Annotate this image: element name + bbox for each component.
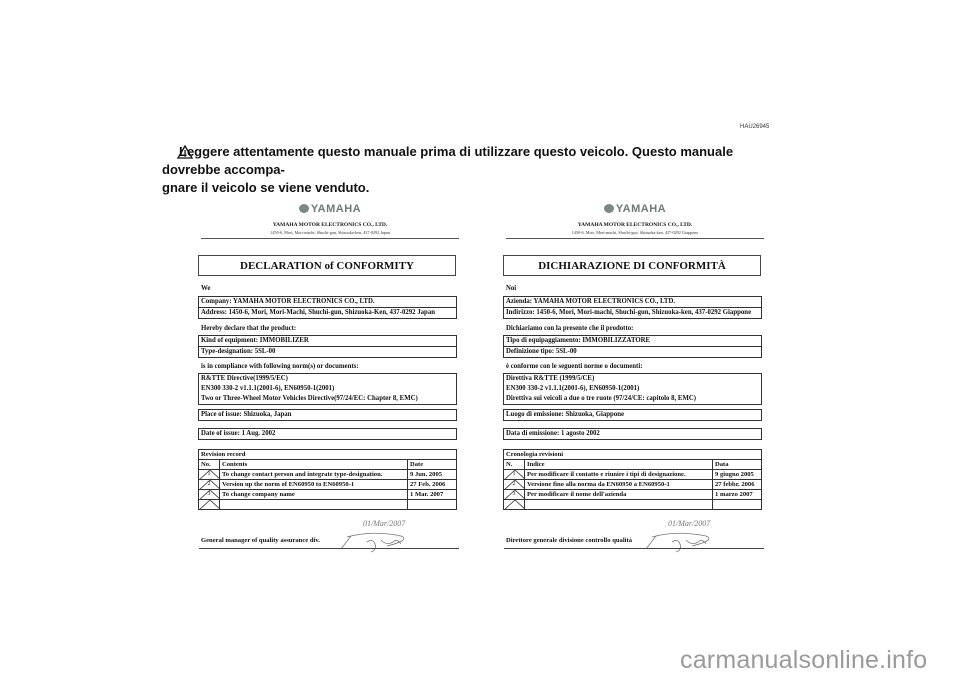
revision-triangle-icon <box>504 500 526 510</box>
place-box: Luogo di emissione: Shizuoka, Giappone <box>503 409 762 421</box>
compliance-label: è conforme con le seguenti norme o docum… <box>506 363 642 370</box>
warning-text-line1: Leggere attentamente questo manuale prim… <box>162 144 733 177</box>
revision-contents: Per modificare il contatto e riunire i t… <box>525 470 713 480</box>
watermark-link[interactable]: carmanualsonline.info <box>680 646 927 675</box>
signatory-title: General manager of quality assurance div… <box>201 537 320 544</box>
equipment-row: Tipo di equipaggiamento: IMMOBILIZZATORE <box>504 336 761 346</box>
table-row: 2 Version up the norm of EN60950 to EN60… <box>199 480 457 490</box>
revision-triangle-icon <box>199 500 221 510</box>
signature-line <box>504 548 764 549</box>
declaration-italian: YAMAHA YAMAHA MOTOR ELECTRONICS CO., LTD… <box>490 200 780 560</box>
header-contents: Indice <box>525 460 713 470</box>
address-row: Address: 1450-6, Mori, Mori-Machi, Shuch… <box>199 307 456 318</box>
revision-date: 9 Jun. 2005 <box>408 470 457 480</box>
document-title: DICHIARAZIONE DI CONFORMITÀ <box>503 255 761 276</box>
yamaha-logo: YAMAHA <box>490 203 780 215</box>
product-box: Kind of equipment: IMMOBILIZER Type-desi… <box>198 335 457 358</box>
revision-date: 9 giugno 2005 <box>713 470 762 480</box>
address-row: Indirizzo: 1450-6, Mori, Mori-machi, Shu… <box>504 307 761 318</box>
revision-date <box>408 500 457 510</box>
date-box: Date of issue: 1 Aug. 2002 <box>198 428 457 440</box>
date-row: Date of issue: 1 Aug. 2002 <box>199 429 456 439</box>
revision-contents: Per modificare il nome dell'azienda <box>525 490 713 500</box>
yamaha-logo: YAMAHA <box>185 203 475 215</box>
svg-text:01/Mar/2007: 01/Mar/2007 <box>668 519 711 528</box>
company-box: Azienda: YAMAHA MOTOR ELECTRONICS CO., L… <box>503 296 762 319</box>
equipment-row: Kind of equipment: IMMOBILIZER <box>199 336 456 346</box>
letterhead-address: 1450-6, Mori, Mori-machi, Shuchi-gun, Sh… <box>490 230 780 235</box>
letterhead-company: YAMAHA MOTOR ELECTRONICS CO., LTD. <box>490 222 780 228</box>
letterhead-divider <box>201 238 459 239</box>
type-row: Definizione tipo: 5SL-00 <box>504 346 761 357</box>
revision-number: 3 <box>199 490 220 500</box>
revision-contents: Version up the norm of EN60950 to EN6095… <box>220 480 408 490</box>
we-label: Noi <box>506 285 516 292</box>
table-row: 3 Per modificare il nome dell'azienda 1 … <box>504 490 762 500</box>
tuning-fork-logo-icon <box>604 204 614 213</box>
place-row: Luogo di emissione: Shizuoka, Giappone <box>504 410 761 420</box>
header-date: Date <box>408 460 457 470</box>
revision-date: 27 febbr. 2006 <box>713 480 762 490</box>
header-no: No. <box>199 460 220 470</box>
revision-table: Revision record No. Contents Date 1 To c… <box>198 449 457 510</box>
company-box: Company: YAMAHA MOTOR ELECTRONICS CO., L… <box>198 296 457 319</box>
table-row: 1 To change contact person and integrate… <box>199 470 457 480</box>
date-row: Data di emissione: 1 agosto 2002 <box>504 429 761 439</box>
revision-contents: Versione fino alla norma da EN60950 a EN… <box>525 480 713 490</box>
norm-item: Two or Three-Wheel Motor Vehicles Direct… <box>199 394 456 404</box>
header-date: Data <box>713 460 762 470</box>
norm-item: EN300 330-2 v1.1.1(2001-6), EN60950-1(20… <box>199 384 456 394</box>
norms-box: R&TTE Directive(1999/5/EC) EN300 330-2 v… <box>198 373 457 405</box>
revision-date: 1 Mar. 2007 <box>408 490 457 500</box>
revision-contents <box>220 500 408 510</box>
revision-number <box>504 500 525 510</box>
revision-number: 3 <box>504 490 525 500</box>
header-no: N. <box>504 460 525 470</box>
table-row <box>199 500 457 510</box>
revision-number: 2 <box>504 480 525 490</box>
table-row: 3 To change company name 1 Mar. 2007 <box>199 490 457 500</box>
letterhead-address: 1450-6, Mori, Mori-machi, Shuchi-gun, Sh… <box>185 230 475 235</box>
norm-item: Direttiva R&TTE (1999/5/CE) <box>504 374 761 384</box>
revision-number: 2 <box>199 480 220 490</box>
revision-contents: To change company name <box>220 490 408 500</box>
company-row: Azienda: YAMAHA MOTOR ELECTRONICS CO., L… <box>504 297 761 307</box>
document-code: HAU26945 <box>740 124 769 130</box>
warning-text-line2: gnare il veicolo se viene venduto. <box>162 180 369 195</box>
revision-date: 1 marzo 2007 <box>713 490 762 500</box>
revision-number: 1 <box>504 470 525 480</box>
declare-label: Hereby declare that the product: <box>201 325 296 332</box>
warning-triangle-icon <box>177 145 193 159</box>
type-row: Type-designation: 5SL-00 <box>199 346 456 357</box>
revision-table: Cronologia revisioni N. Indice Data 1 Pe… <box>503 449 762 510</box>
product-box: Tipo di equipaggiamento: IMMOBILIZZATORE… <box>503 335 762 358</box>
header-contents: Contents <box>220 460 408 470</box>
revision-number <box>199 500 220 510</box>
revision-contents <box>525 500 713 510</box>
revision-contents: To change contact person and integrate t… <box>220 470 408 480</box>
norm-item: R&TTE Directive(1999/5/EC) <box>199 374 456 384</box>
place-row: Place of issue: Shizuoka, Japan <box>199 410 456 420</box>
letterhead-divider <box>506 238 764 239</box>
tuning-fork-logo-icon <box>299 204 309 213</box>
norm-item: Direttiva sui veicoli a due o tre ruote … <box>504 394 761 404</box>
letterhead-company: YAMAHA MOTOR ELECTRONICS CO., LTD. <box>185 222 475 228</box>
revision-date: 27 Feb. 2006 <box>408 480 457 490</box>
table-row <box>504 500 762 510</box>
norm-item: EN300 330-2 v1.1.1(2001-6), EN60950-1(20… <box>504 384 761 394</box>
signatory-title: Direttore generale divisione controllo q… <box>506 537 632 544</box>
revision-title: Cronologia revisioni <box>504 450 762 460</box>
we-label: We <box>201 285 210 292</box>
signature-line <box>199 548 459 549</box>
revision-number: 1 <box>199 470 220 480</box>
place-box: Place of issue: Shizuoka, Japan <box>198 409 457 421</box>
table-row: 2 Versione fino alla norma da EN60950 a … <box>504 480 762 490</box>
declaration-english: YAMAHA YAMAHA MOTOR ELECTRONICS CO., LTD… <box>185 200 475 560</box>
company-row: Company: YAMAHA MOTOR ELECTRONICS CO., L… <box>199 297 456 307</box>
norms-box: Direttiva R&TTE (1999/5/CE) EN300 330-2 … <box>503 373 762 405</box>
revision-title: Revision record <box>199 450 457 460</box>
compliance-label: is in compliance with following norm(s) … <box>201 363 359 370</box>
warning-notice: Leggere attentamente questo manuale prim… <box>162 143 792 197</box>
svg-text:01/Mar/2007: 01/Mar/2007 <box>363 519 406 528</box>
table-row: 1 Per modificare il contatto e riunire i… <box>504 470 762 480</box>
date-box: Data di emissione: 1 agosto 2002 <box>503 428 762 440</box>
declare-label: Dichiariamo con la presente che il prodo… <box>506 325 633 332</box>
revision-date <box>713 500 762 510</box>
document-title: DECLARATION of CONFORMITY <box>198 255 456 276</box>
